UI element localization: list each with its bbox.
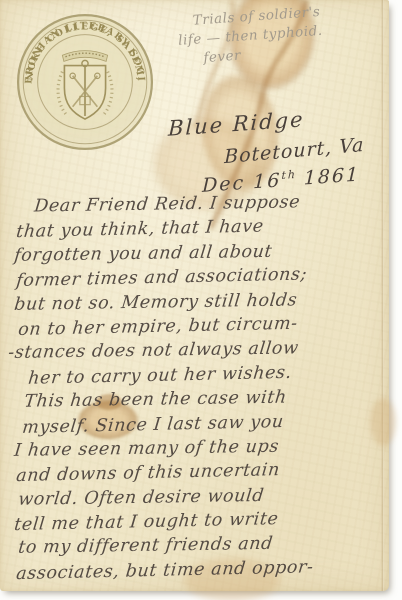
scanned-letter-photo: CICERONIAN LITERARY SOCIETY ROANOKE COLL… xyxy=(0,0,402,600)
heading-date-year: 1861 xyxy=(303,164,360,190)
heading-date-ordinal: th xyxy=(281,168,297,182)
heading-county: Botetourt, Va xyxy=(224,134,365,168)
letter-body: Dear Friend Reid. I suppose that you thi… xyxy=(4,194,386,584)
heading-place: Blue Ridge xyxy=(168,107,305,141)
embossed-seal: CICERONIAN LITERARY SOCIETY ROANOKE COLL… xyxy=(15,12,155,152)
pencil-annotation: Trials of soldier's life — then typhoid.… xyxy=(176,0,402,70)
letter-page: CICERONIAN LITERARY SOCIETY ROANOKE COLL… xyxy=(0,0,389,591)
